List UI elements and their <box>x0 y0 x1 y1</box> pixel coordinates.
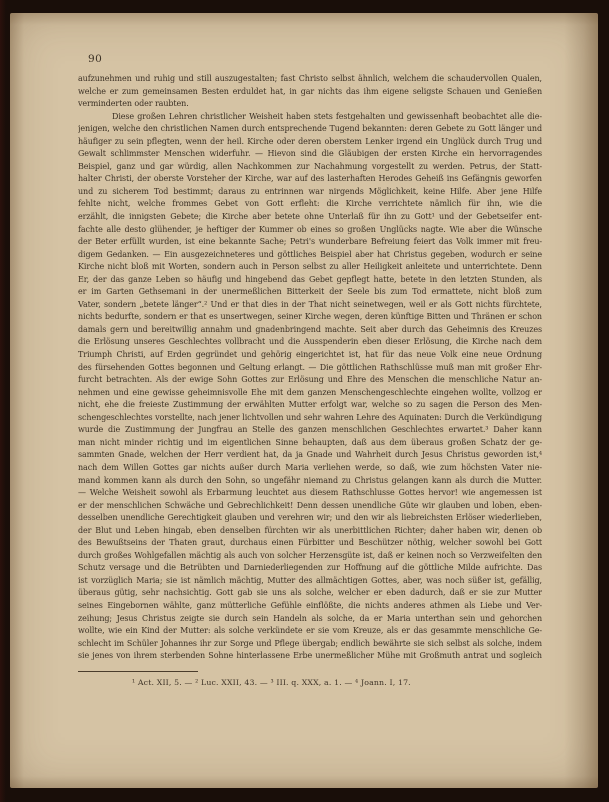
text-line: sie jenes von ihrem sterbenden Sohne hin… <box>78 650 542 663</box>
footnote: ¹ Act. XII, 5. — ² Luc. XXII, 43. — ³ II… <box>132 678 512 687</box>
text-line: desselben unendliche Gerechtigkeit glaub… <box>78 512 542 525</box>
text-line: er der menschlichen Schwäche und Gebrech… <box>78 500 542 513</box>
text-line: Vater, sondern „betete länger“.² Und er … <box>78 299 542 312</box>
scanned-book-photo: 90 aufzunehmen und ruhig und still auszu… <box>0 0 609 802</box>
text-line: Kirche nicht bloß mit Worten, sondern au… <box>78 261 542 274</box>
text-line: wurde die Zustimmung der Jungfrau an Ste… <box>78 424 542 437</box>
text-line: Gewalt schlimmster Menschen widerfuhr. —… <box>78 148 542 161</box>
text-line: verminderten oder raubten. <box>78 98 542 111</box>
text-line: nicht, ehe die freieste Zustimmung der e… <box>78 399 542 412</box>
text-line: er im Garten Gethsemani in der unermeßli… <box>78 286 542 299</box>
text-line: fehlte nicht, welche frommes Gebet von G… <box>78 198 542 211</box>
text-column: aufzunehmen und ruhig und still auszuges… <box>78 73 542 663</box>
text-line: Beispiel, ganz und gar würdig, allen Nac… <box>78 161 542 174</box>
text-line: furcht betrachten. Als der ewige Sohn Go… <box>78 374 542 387</box>
text-line: man nicht minder richtig und im eigentli… <box>78 437 542 450</box>
text-line: halter Christi, der oberste Vorsteher de… <box>78 173 542 186</box>
page-number: 90 <box>88 53 102 65</box>
text-line: Triumph Christi, auf Erden gegründet und… <box>78 349 542 362</box>
text-line: welche er zum gemeinsamen Besten erdulde… <box>78 86 542 99</box>
text-line: digem Gedanken. — Ein ausgezeichneteres … <box>78 249 542 262</box>
text-line: Schutz versage und die Betrübten und Dar… <box>78 562 542 575</box>
text-line: häufiger zu sein pflegten, wenn der heil… <box>78 136 542 149</box>
text-line: überaus gütig, sehr nachsichtig. Gott ga… <box>78 587 542 600</box>
text-line: schengeschlechtes vorstellte, nach jener… <box>78 412 542 425</box>
text-line: Er, der das ganze Leben so häufig und hi… <box>78 274 542 287</box>
text-line: nach dem Willen Gottes gar nichts außer … <box>78 462 542 475</box>
book-page: 90 aufzunehmen und ruhig und still auszu… <box>10 13 598 788</box>
text-line: nehmen und eine gewisse geheimnisvolle E… <box>78 387 542 400</box>
text-line: des fürsehenden Gottes begonnen und Gelt… <box>78 362 542 375</box>
text-line: mand kommen kann als durch den Sohn, so … <box>78 475 542 488</box>
text-line: der Beter erfüllt wurden, ist eine bekan… <box>78 236 542 249</box>
text-line: nichts bedurfte, sondern er that es unse… <box>78 311 542 324</box>
text-line: aufzunehmen und ruhig und still auszuges… <box>78 73 542 86</box>
text-line: seines Eingebornen wählte, ganz mütterli… <box>78 600 542 613</box>
text-line: erzählt, die innigsten Gebete; die Kirch… <box>78 211 542 224</box>
text-line: zeihung; Jesus Christus zeigte sie durch… <box>78 613 542 626</box>
text-line: und zu sicherem Tod bestimmt; daraus zu … <box>78 186 542 199</box>
text-line: jenigen, welche den christlichen Namen d… <box>78 123 542 136</box>
text-line: fachte alle desto glühender, je heftiger… <box>78 224 542 237</box>
text-line: Diese großen Lehren christlicher Weishei… <box>78 111 542 124</box>
text-line: sammten Gnade, welchen der Herr verdient… <box>78 449 542 462</box>
text-line: durch großes Wohlgefallen mächtig als au… <box>78 550 542 563</box>
text-line: schlecht im Schüler Johannes ihr zur Sor… <box>78 638 542 651</box>
text-line: ist vorzüglich Maria; sie ist nämlich mä… <box>78 575 542 588</box>
text-line: des Bewußtseins der Thaten graut, durcha… <box>78 537 542 550</box>
text-line: wollte, wie ein Kind der Mutter: als sol… <box>78 625 542 638</box>
text-line: die Erlösung unseres Geschlechtes vollbr… <box>78 336 542 349</box>
text-line: — Welche Weisheit sowohl als Erbarmung l… <box>78 487 542 500</box>
footnote-separator <box>78 671 198 672</box>
text-line: der Blut und Leben hingab, eben denselbe… <box>78 525 542 538</box>
text-line: damals gern und bereitwillig annahm und … <box>78 324 542 337</box>
